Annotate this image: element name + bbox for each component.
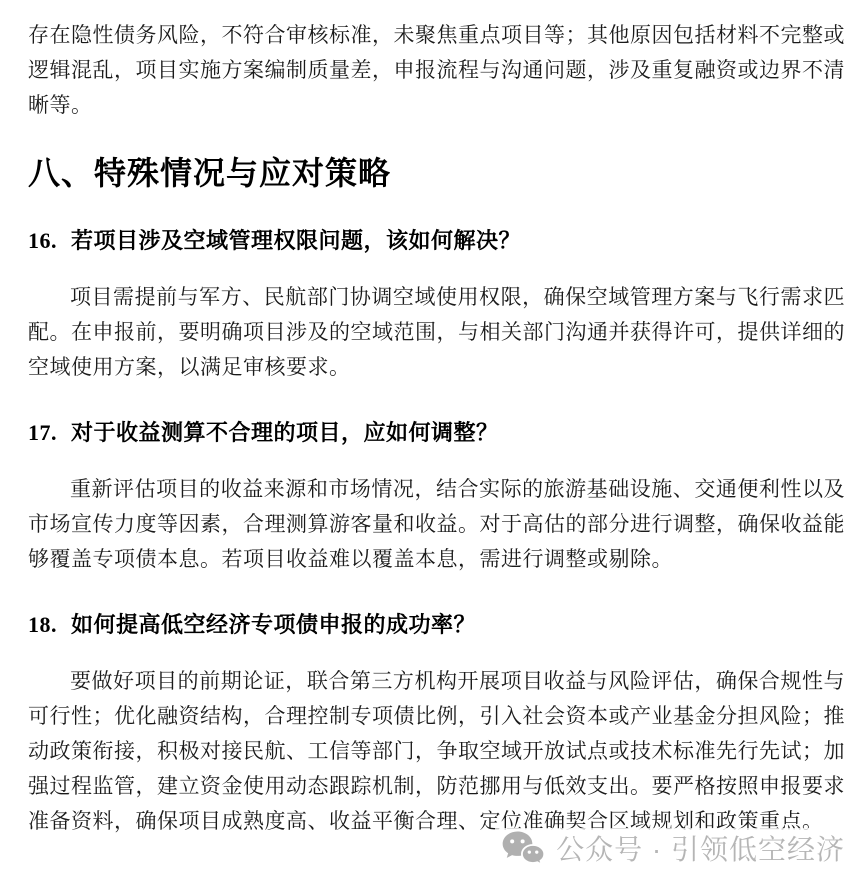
qa-item-17: 17.对于收益测算不合理的项目，应如何调整？ 重新评估项目的收益来源和市场情况，…: [28, 415, 845, 577]
document-page: 存在隐性债务风险，不符合审核标准，未聚焦重点项目等；其他原因包括材料不完整或逻辑…: [0, 0, 867, 876]
watermark: 公众号 · 引领低空经济: [495, 828, 845, 868]
intro-paragraph: 存在隐性债务风险，不符合审核标准，未聚焦重点项目等；其他原因包括材料不完整或逻辑…: [28, 18, 845, 123]
question-text: 对于收益测算不合理的项目，应如何调整？: [71, 420, 499, 445]
watermark-text: 公众号 · 引领低空经济: [556, 828, 845, 868]
question-heading-16: 16.若项目涉及空域管理权限问题，该如何解决？: [28, 223, 845, 258]
section-heading: 八、特殊情况与应对策略: [28, 153, 845, 193]
question-number: 17.: [28, 420, 57, 445]
answer-paragraph-16: 项目需提前与军方、民航部门协调空域使用权限，确保空域管理方案与飞行需求匹配。在申…: [28, 280, 845, 385]
qa-item-16: 16.若项目涉及空域管理权限问题，该如何解决？ 项目需提前与军方、民航部门协调空…: [28, 223, 845, 385]
question-number: 16.: [28, 228, 57, 253]
question-heading-18: 18.如何提高低空经济专项债申报的成功率？: [28, 607, 845, 642]
question-number: 18.: [28, 612, 57, 637]
qa-item-18: 18.如何提高低空经济专项债申报的成功率？ 要做好项目的前期论证，联合第三方机构…: [28, 607, 845, 839]
wechat-icon: [501, 830, 545, 867]
question-text: 若项目涉及空域管理权限问题，该如何解决？: [71, 228, 521, 253]
question-heading-17: 17.对于收益测算不合理的项目，应如何调整？: [28, 415, 845, 450]
answer-paragraph-18: 要做好项目的前期论证，联合第三方机构开展项目收益与风险评估，确保合规性与可行性；…: [28, 664, 845, 839]
question-text: 如何提高低空经济专项债申报的成功率？: [71, 612, 476, 637]
answer-paragraph-17: 重新评估项目的收益来源和市场情况，结合实际的旅游基础设施、交通便利性以及市场宣传…: [28, 472, 845, 577]
